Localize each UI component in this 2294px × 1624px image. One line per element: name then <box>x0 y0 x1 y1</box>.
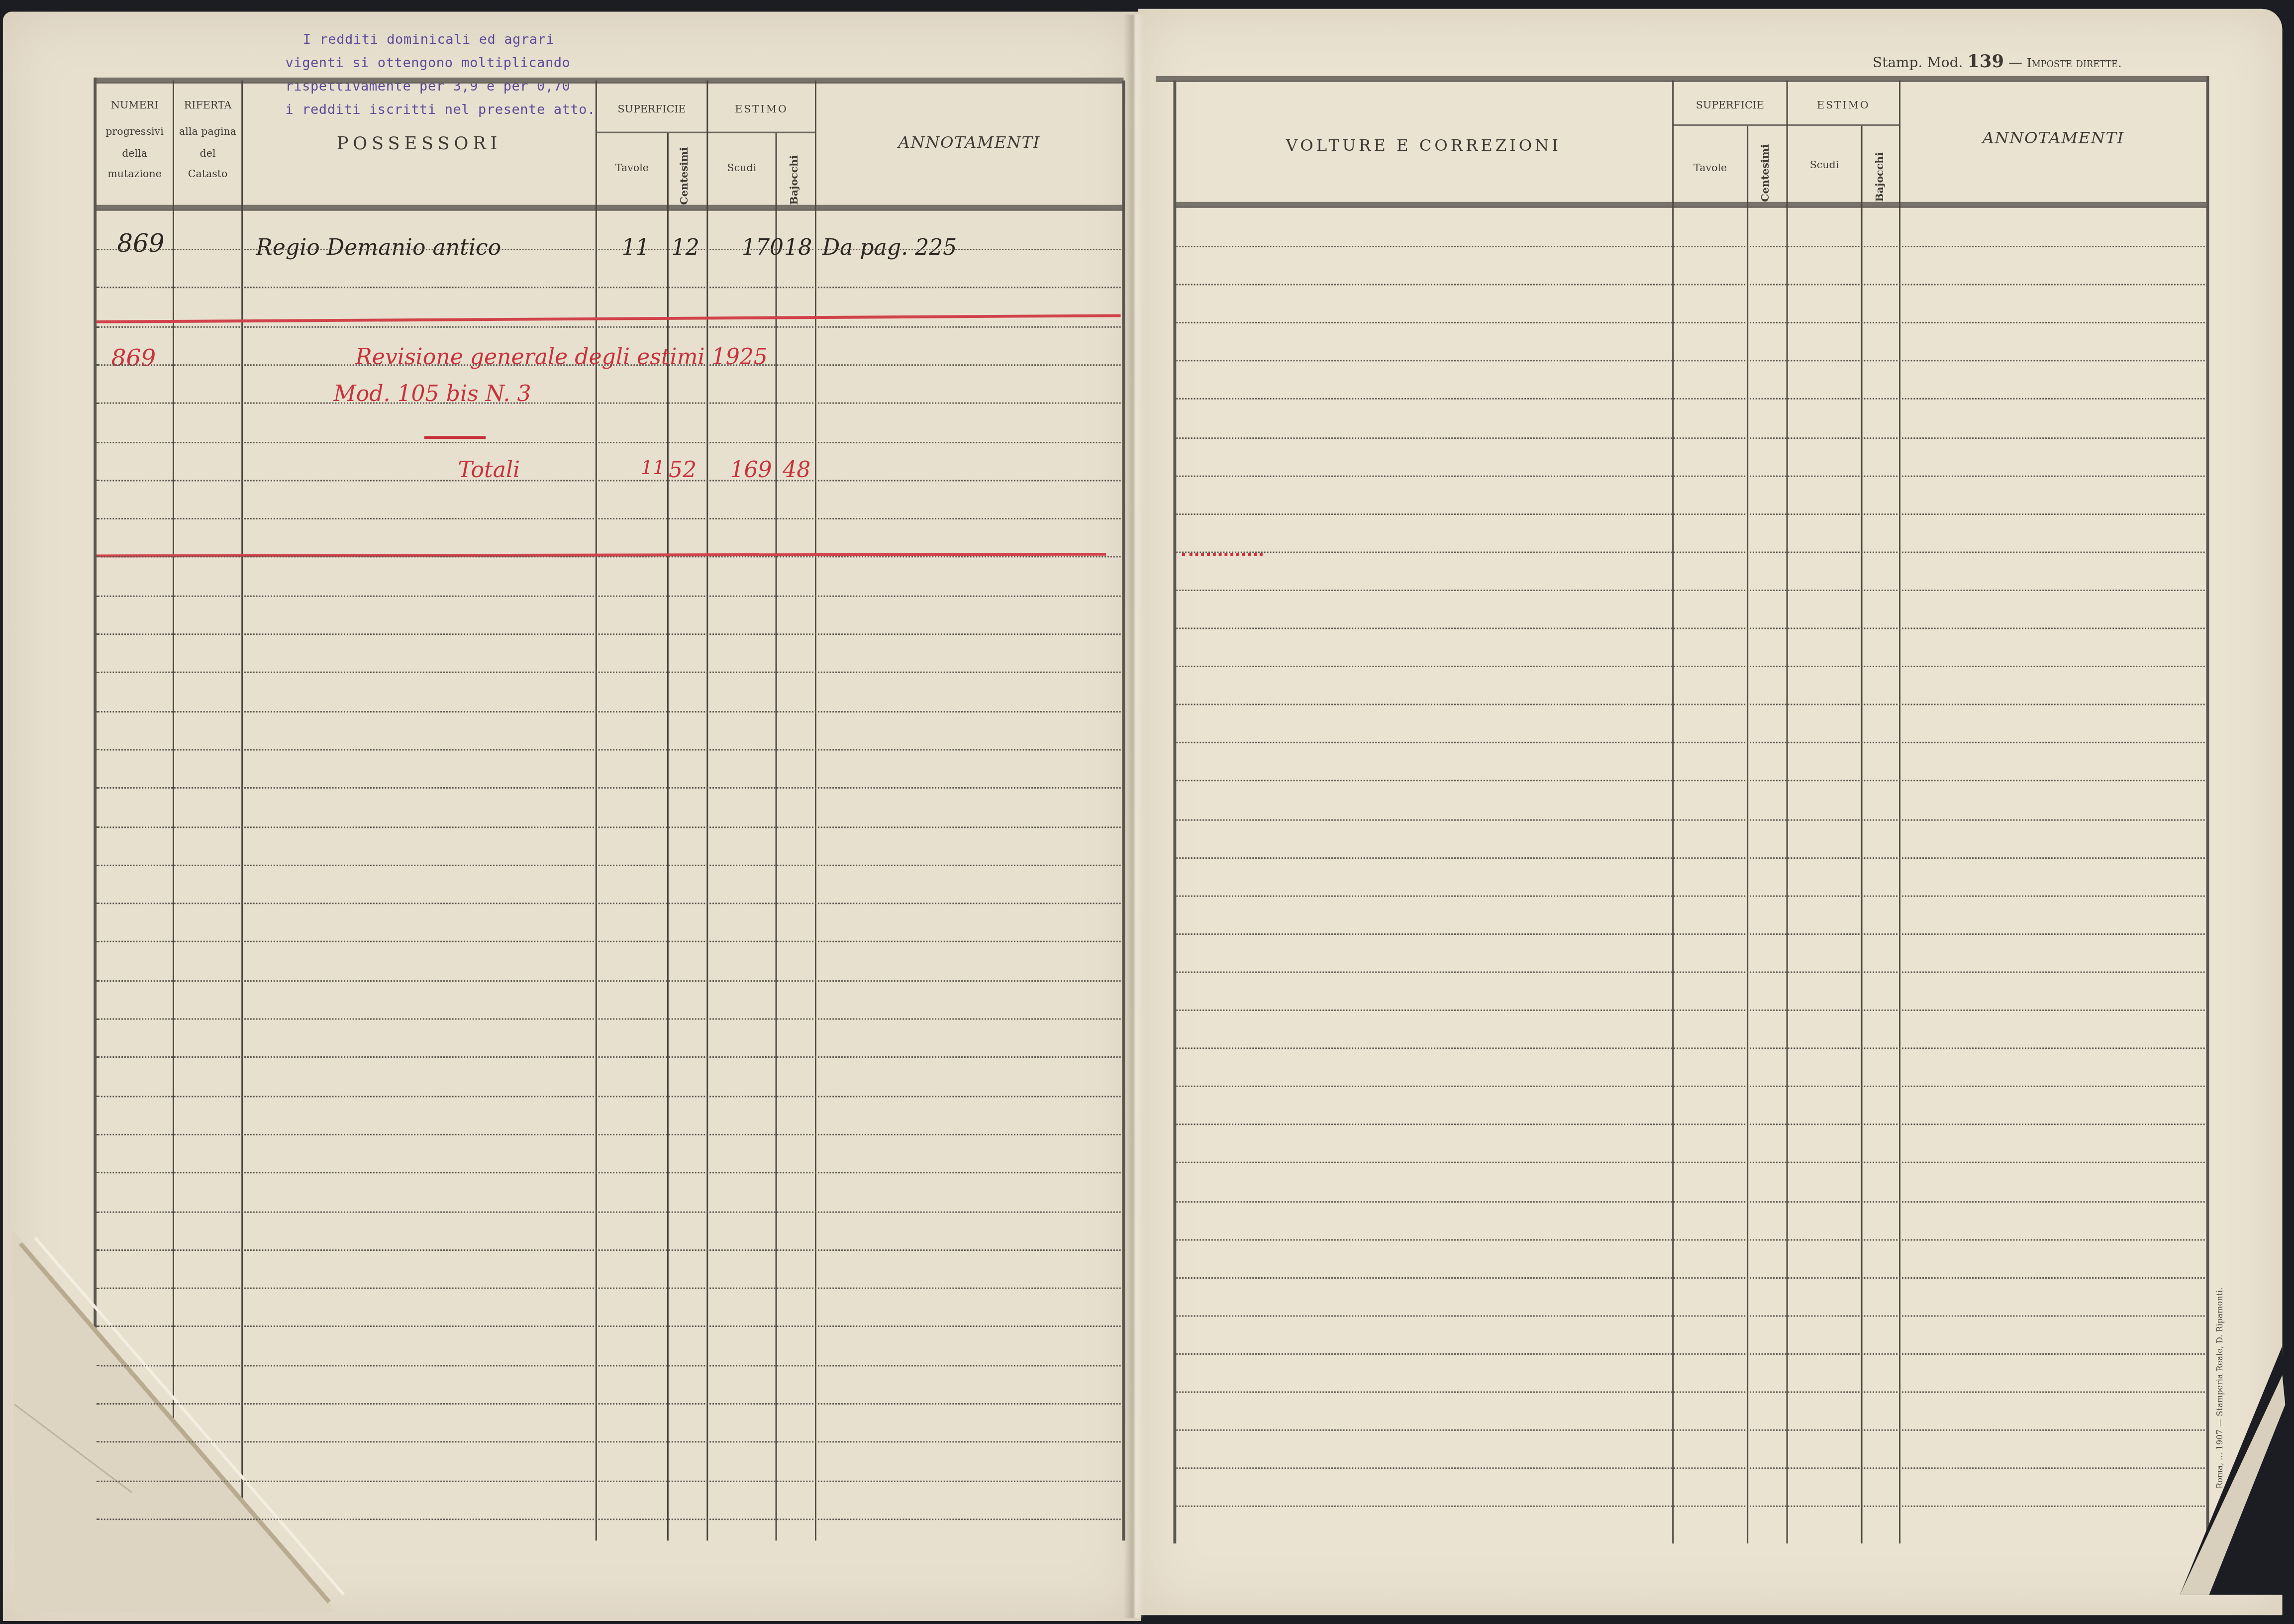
right-row-rule <box>1176 284 2204 286</box>
left-row-rule <box>97 788 1120 789</box>
left-row-rule <box>97 633 1120 635</box>
left-subheader-line <box>597 132 815 133</box>
right-page <box>1138 9 2283 1616</box>
left-table-top-border <box>95 78 1123 84</box>
right-row-rule <box>1176 1010 2204 1011</box>
col-divider <box>1861 126 1863 1543</box>
left-row-rule <box>97 1519 1120 1520</box>
entry-scudi: 170 <box>742 234 784 260</box>
header-centesimi: Centesimi <box>678 146 691 205</box>
left-row-rule <box>97 480 1120 481</box>
left-row-rule <box>97 864 1120 866</box>
ledger-spread: I redditi dominicali ed agrari vigenti s… <box>0 0 2294 1624</box>
left-row-rule <box>97 1018 1120 1020</box>
left-header-bottom-border <box>95 205 1123 211</box>
right-row-rule <box>1176 1506 2204 1508</box>
col-divider <box>815 81 816 1541</box>
form-id-sep: — <box>2008 56 2022 72</box>
purple-stamp: I redditi dominicali ed agrari vigenti s… <box>285 29 593 123</box>
col-divider <box>1787 81 1788 1544</box>
header-scudi-right: Scudi <box>1788 160 1861 173</box>
left-row-rule <box>97 326 1120 327</box>
right-row-rule <box>1176 666 2204 667</box>
left-row-rule <box>97 1172 1120 1174</box>
right-row-rule <box>1176 780 2204 782</box>
left-row-rule <box>97 672 1120 674</box>
right-row-rule <box>1176 1353 2204 1355</box>
right-row-rule <box>1176 1277 2204 1278</box>
right-row-rule <box>1176 322 2204 323</box>
header-scudi: Scudi <box>708 162 775 175</box>
right-row-rule <box>1176 475 2204 476</box>
right-row-rule <box>1176 246 2204 247</box>
left-row-rule <box>97 1057 1120 1058</box>
right-row-rule <box>1176 1238 2204 1240</box>
revision-centesimi: 52 <box>669 456 697 483</box>
header-numeri: NUMERI progressivi della mutazione <box>97 100 173 182</box>
form-id-number: 139 <box>1967 51 2004 72</box>
right-row-rule <box>1176 933 2204 934</box>
left-row-rule <box>97 1249 1120 1251</box>
left-row-rule <box>97 518 1120 519</box>
left-row-rule <box>97 1441 1120 1443</box>
right-row-rule <box>1176 818 2204 820</box>
right-row-rule <box>1176 1086 2204 1087</box>
header-estimo: ESTIMO <box>708 104 815 117</box>
form-id-prefix: Stamp. Mod. <box>1873 56 1963 72</box>
right-inner-border <box>2206 76 2209 1543</box>
header-tavole-right: Tavole <box>1674 162 1747 175</box>
left-row-rule <box>97 1365 1120 1366</box>
right-row-rule <box>1176 627 2204 629</box>
col-divider <box>706 81 708 1541</box>
right-row-rule <box>1176 704 2204 706</box>
right-row-rule <box>1176 971 2204 973</box>
right-row-rule <box>1176 1315 2204 1317</box>
left-row-rule <box>97 1403 1120 1405</box>
left-row-rule <box>97 441 1120 443</box>
left-row-rule <box>97 1288 1120 1289</box>
left-row-rule <box>97 403 1120 404</box>
right-outer-border <box>1173 81 1176 1544</box>
revision-tavole: 11 <box>641 458 665 480</box>
entry-possessore: Regio Demanio antico <box>256 234 501 260</box>
left-row-rule <box>97 1095 1120 1097</box>
left-row-rule <box>97 941 1120 943</box>
header-superficie: SUPERFICIE <box>597 104 707 117</box>
col-divider <box>1899 81 1900 1544</box>
header-tavole: Tavole <box>597 162 667 175</box>
right-row-rule <box>1176 1162 2204 1164</box>
header-volture: VOLTURE E CORREZIONI <box>1175 136 1672 156</box>
left-row-rule <box>97 1480 1120 1482</box>
revision-totale-label: Totali <box>458 456 520 483</box>
folded-corner-right <box>2165 1346 2294 1624</box>
right-row-rule <box>1176 1391 2204 1393</box>
left-row-rule <box>97 903 1120 905</box>
left-row-rule <box>97 557 1120 558</box>
header-bajocchi-right: Bajocchi <box>1873 143 1886 202</box>
header-riferta: RIFERTA alla pagina del Catasto <box>174 100 241 182</box>
right-row-rule <box>1176 1468 2204 1469</box>
right-row-rule <box>1176 437 2204 438</box>
stamp-line: I redditi dominicali ed agrari <box>285 29 593 53</box>
header-estimo-right: ESTIMO <box>1788 100 1899 112</box>
right-header-bottom-border <box>1175 202 2206 208</box>
header-superficie-right: SUPERFICIE <box>1674 100 1786 112</box>
left-row-rule <box>97 249 1120 250</box>
form-id: Stamp. Mod. 139 — Imposte dirette. <box>1873 51 2122 72</box>
left-row-rule <box>97 1326 1120 1327</box>
header-centesimi-right: Centesimi <box>1759 143 1772 202</box>
right-row-rule <box>1176 1201 2204 1202</box>
entry-centesimi: 12 <box>672 234 699 260</box>
revision-bajocchi: 48 <box>783 456 810 483</box>
revision-scudi: 169 <box>730 456 772 483</box>
entry-bajocchi: 18 <box>784 234 812 260</box>
entry-tavole: 11 <box>622 234 650 260</box>
right-row-rule <box>1176 551 2204 553</box>
header-bajocchi: Bajocchi <box>787 146 800 205</box>
left-row-rule <box>97 749 1120 750</box>
header-annotamenti-right: ANNOTAMENTI <box>1900 129 2206 149</box>
header-annotamenti: ANNOTAMENTI <box>816 133 1122 153</box>
right-row-rule <box>1176 513 2204 514</box>
right-row-rule <box>1176 360 2204 362</box>
col-divider <box>596 81 597 1541</box>
right-row-rule <box>1176 590 2204 591</box>
right-row-rule <box>1176 857 2204 858</box>
right-row-rule <box>1176 895 2204 897</box>
right-row-rule <box>1176 1124 2204 1125</box>
right-row-rule <box>1176 742 2204 744</box>
right-row-rule <box>1176 1048 2204 1049</box>
left-row-rule <box>97 710 1120 712</box>
left-row-rule <box>97 287 1120 289</box>
col-divider <box>1747 126 1748 1543</box>
left-row-rule <box>97 826 1120 827</box>
left-row-rule <box>97 980 1120 981</box>
stamp-line: i redditi iscritti nel presente atto. <box>285 100 593 123</box>
right-row-rule <box>1176 1429 2204 1431</box>
right-table-top-border <box>1156 76 2206 82</box>
revision-numero: 869 <box>111 344 156 372</box>
stamp-line: vigenti si ottengono moltiplicando <box>285 53 593 76</box>
left-inner-border <box>1122 81 1125 1541</box>
revision-line1: Revisione generale degli estimi 1925 <box>356 344 768 370</box>
right-row-rule <box>1176 399 2204 400</box>
col-divider <box>776 133 777 1541</box>
left-row-rule <box>97 1134 1120 1135</box>
red-dotted-mark <box>1182 553 1263 558</box>
left-row-rule <box>97 364 1120 366</box>
header-possessori: POSSESSORI <box>243 133 596 155</box>
left-row-rule <box>97 595 1120 597</box>
col-divider <box>1672 81 1674 1544</box>
left-row-rule <box>97 1211 1120 1212</box>
entry-numero: 869 <box>117 230 164 259</box>
entry-annotamenti: Da pag. 225 <box>822 234 957 260</box>
form-id-series: Imposte dirette. <box>2027 57 2122 72</box>
book-gutter <box>1123 14 1144 1618</box>
red-dash <box>424 436 486 439</box>
